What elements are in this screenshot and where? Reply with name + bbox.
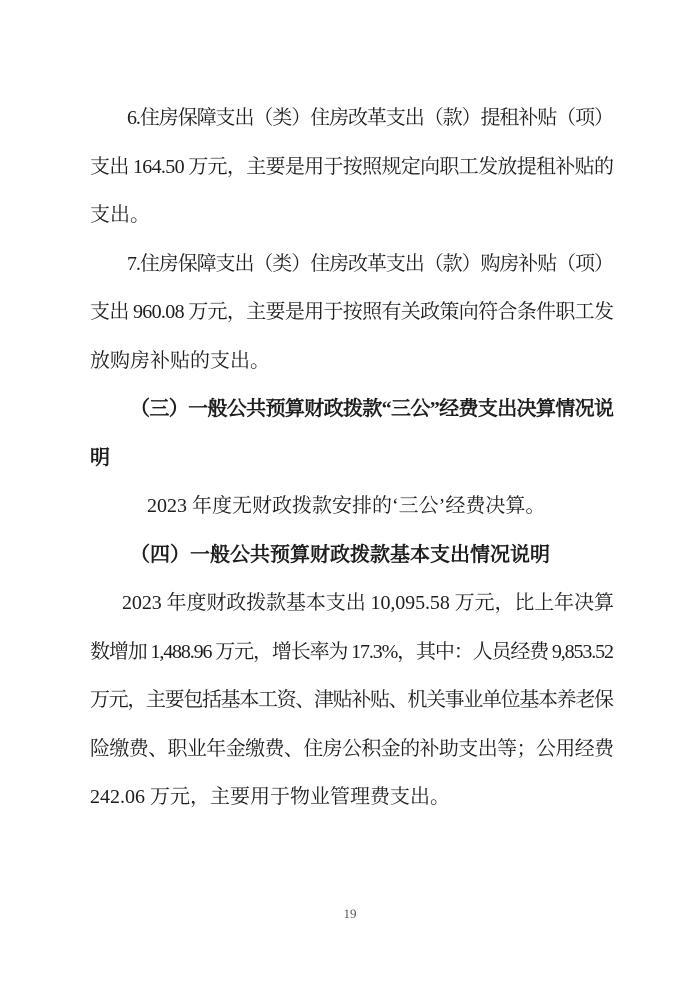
heading-line: （四）一般公共预算财政拨款基本支出情况说明 [90,531,614,580]
text-line: 6.住房保障支出（类）住房改革支出（款）提租补贴（项） [90,94,614,143]
text-line: 242.06 万元，主要用于物业管理费支出。 [90,773,614,822]
text-line: 2023 年度财政拨款基本支出 10,095.58 万元，比上年决算 [90,579,614,628]
text-line: 2023 年度无财政拨款安排的‘三公’经费决算。 [90,482,614,531]
page-number: 19 [0,906,700,922]
text-line: 放购房补贴的支出。 [90,337,614,386]
text-line: 支出 164.50 万元，主要是用于按照规定向职工发放提租补贴的 [90,143,614,192]
text-line: 数增加 1,488.96 万元，增长率为 17.3%，其中：人员经费 9,853… [90,628,614,677]
text-line: 险缴费、职业年金缴费、住房公积金的补助支出等；公用经费 [90,725,614,774]
text-line: 支出 960.08 万元，主要是用于按照有关政策向符合条件职工发 [90,288,614,337]
text-line: 万元，主要包括基本工资、津贴补贴、机关事业单位基本养老保 [90,676,614,725]
text-line: 支出。 [90,191,614,240]
heading-line: （三）一般公共预算财政拨款“三公”经费支出决算情况说 [90,385,614,434]
document-body: 6.住房保障支出（类）住房改革支出（款）提租补贴（项）支出 164.50 万元，… [90,94,614,822]
heading-line: 明 [90,434,614,483]
document-page: 6.住房保障支出（类）住房改革支出（款）提租补贴（项）支出 164.50 万元，… [0,0,700,990]
text-line: 7.住房保障支出（类）住房改革支出（款）购房补贴（项） [90,240,614,289]
